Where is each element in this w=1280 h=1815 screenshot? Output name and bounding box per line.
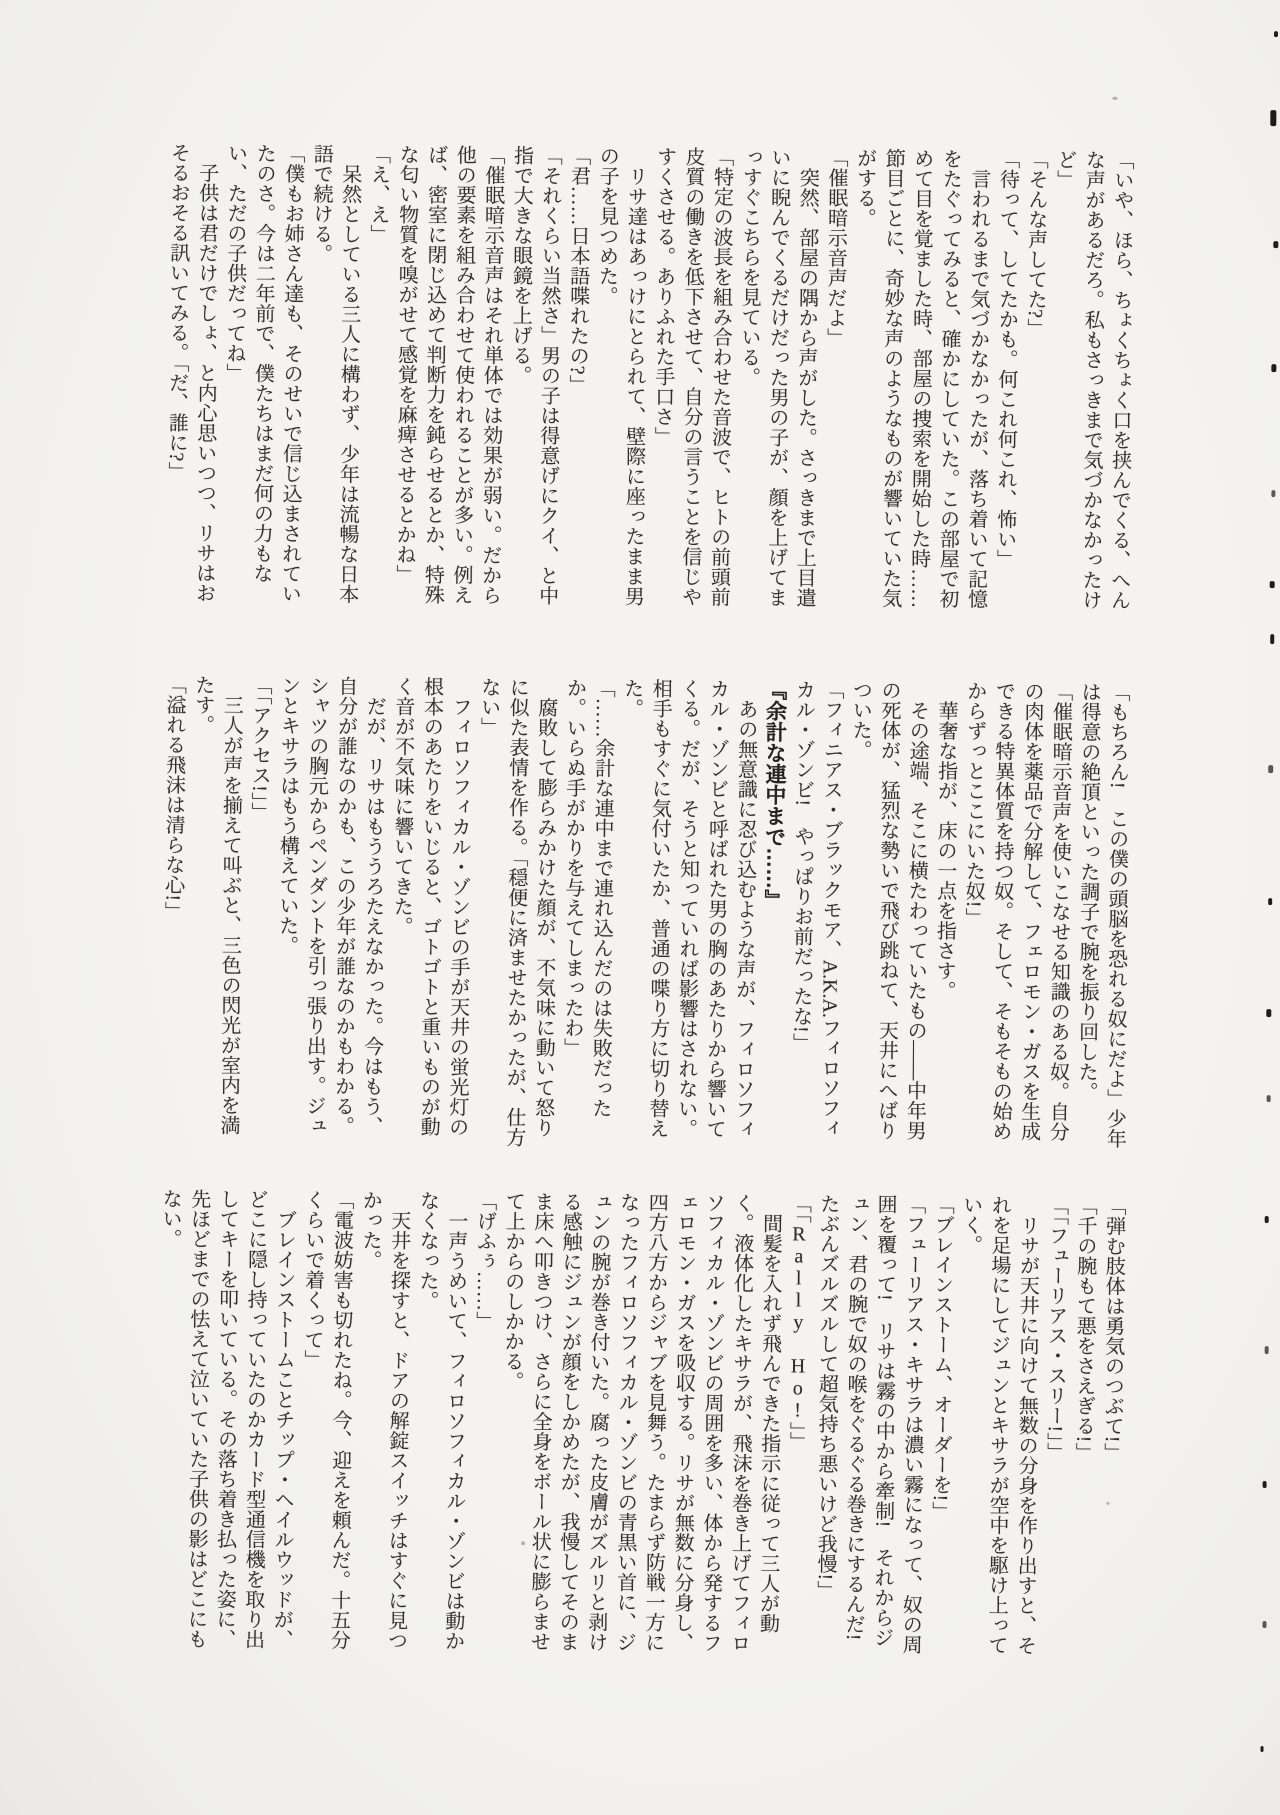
- text-band-middle: 「もちろん! この僕の頭脳を恐れる奴にだよ」少年は得意の絶頂といった調子で腕を振…: [124, 674, 1132, 1152]
- paragraph: その途端、そこに横たわっていたもの――中年男の死体が、猛烈な勢いで飛び跳ねて、天…: [842, 680, 931, 1151]
- scan-artifact: [1267, 1095, 1271, 1102]
- paragraph: 「特定の波長を組み合わせた音波で、ヒトの前頭前皮質の働きを低下させて、自分の言う…: [646, 146, 736, 621]
- paragraph: リサが天井に向けて無数の分身を作り出すと、それを足場にしてジュンとキサラが空中を…: [953, 1195, 1042, 1664]
- scan-artifact: [1268, 898, 1272, 905]
- paragraph: 「げふぅ……」: [467, 1191, 499, 1659]
- paragraph: 言われるまで気づかなかったが、落ち着いて記憶をたぐってみると、確かにしていた。こ…: [846, 148, 993, 623]
- paragraph: 「君……日本語喋れたの?」: [560, 146, 592, 620]
- section-heading: 『余計な連中まで……』: [757, 679, 789, 1149]
- scan-artifact: [521, 1541, 525, 1545]
- paragraph: 子供は君だけでしょ、と内心思いつつ、リサはおそるおそる訊いてみる。「だ、誰に?」: [160, 142, 221, 616]
- scan-artifact: [1106, 1502, 1109, 1505]
- paragraph: だが、リサはもううろたえなかった。今はもう、自分が誰なのかも、この少年が誰なのか…: [270, 675, 388, 1146]
- paragraph: 突然、部屋の隅から声がした。さっきまで上目遣いに睨んでくるだけだった男の子が、顔…: [732, 147, 822, 622]
- paragraph: 「催眠暗示音声を使いこなせる知識のある奴。自分の肉体を薬品で分解して、フェロモン…: [957, 681, 1075, 1152]
- scan-artifact: [1270, 634, 1274, 644]
- paragraph: ブレインストームことチップ・ヘイルウッドが、どこに隠し持っていたのかカード型通信…: [152, 1188, 299, 1657]
- paragraph: 「え、え」: [360, 144, 392, 618]
- scan-artifact: [1112, 97, 1117, 100]
- paragraph: リサ達はあっけにとられて、壁際に座ったまま男の子を見つめた。: [589, 146, 650, 620]
- paragraph: 「フューリアス・キサラは濃い霧になって、奴の周囲を覆って! リサは霧の中から牽制…: [810, 1193, 928, 1662]
- scanned-page: 「いや、ほら、ちょくちょく口を挟んでくる、へんな声があるだろ。私もさっきまで気づ…: [0, 0, 1280, 1815]
- paragraph: 「「アクセス!」」: [242, 675, 274, 1145]
- scan-artifact: [1261, 1746, 1264, 1752]
- paragraph: 「「フューリアス・スリー!」」: [1038, 1195, 1070, 1663]
- paragraph: 「いや、ほら、ちょくちょく口を挟んでくる、へんな声があるだろ。私もさっきまで気づ…: [1047, 149, 1137, 624]
- paragraph: 「電波妨害も切れたね。今、迎えを頼んだ。十五分くらいで着くって」: [295, 1189, 356, 1657]
- scan-artifact: [1273, 241, 1278, 248]
- paragraph: 「待って、してたかも。何これ何これ、怖い」: [989, 149, 1021, 623]
- scan-artifact: [1263, 1481, 1267, 1488]
- scan-artifact: [1270, 110, 1276, 126]
- paragraph: 呆然としている三人に構わず、少年は流暢な日本語で続ける。: [303, 143, 364, 617]
- paragraph: 間髪を入れず飛んできた指示に従って三人が動く。液体化したキサラが、飛沫を巻き上げ…: [495, 1191, 785, 1661]
- paragraph: 「催眠暗示音声だよ」: [818, 148, 850, 622]
- paragraph: 「……余計な連中まで連れ込んだのは失敗だったか。いらぬ手がかりを与えてしまったわ…: [556, 677, 617, 1147]
- scan-artifact: [1274, 31, 1278, 37]
- scan-artifact: [1271, 364, 1276, 372]
- paragraph: 「僕もお姉さん達も、そのせいで信じ込まされていたのさ。今は二年前で、僕たちはまだ…: [217, 143, 307, 618]
- paragraph: 「「Rally Ho!」」: [781, 1193, 813, 1661]
- paragraph: 華奢な指が、床の一点を指さす。: [928, 680, 960, 1150]
- paragraph: 「溢れる飛沫は清らな心!」: [156, 674, 188, 1144]
- paragraph: 「そんな声してた?」: [1018, 149, 1050, 623]
- scan-artifact: [1266, 1009, 1271, 1017]
- text-band-bottom: 「弾む肢体は勇気のつぶて!」「千の腕もて悪をさえぎる!」「「フューリアス・スリー…: [120, 1188, 1128, 1664]
- paragraph: 「催眠暗示音声はそれ単体では効果が弱い。だから他の要素を組み合わせて使われること…: [389, 144, 507, 619]
- paragraph: フィロソフィカル・ゾンビの手が天井の蛍光灯の根本のあたりをいじると、ゴトゴトと重…: [385, 676, 474, 1147]
- paragraph: 天井を探すと、ドアの解錠スイッチはすぐに見つかった。: [352, 1190, 413, 1658]
- paragraph: 腐敗して膨らみかけた顔が、不気味に動いて怒りに似た表情を作る。「穏便に済ませたか…: [471, 677, 560, 1148]
- paragraph: 「それくらい当然さ」男の子は得意げにクイ、と中指で大きな眼鏡を上げる。: [503, 145, 564, 619]
- paragraph: 「フィニアス・ブラックモア、A.K.A.フィロソフィカル・ゾンビ! やっぱりお前…: [785, 679, 846, 1149]
- paragraph: 「ブレインストーム、オーダーを!」: [924, 1194, 956, 1662]
- paragraph: あの無意識に忍び込むような声が、フィロソフィカル・ゾンビと呼ばれた男の胸のあたり…: [614, 678, 761, 1149]
- paragraph: 一声うめいて、フィロソフィカル・ゾンビは動かなくなった。: [409, 1190, 470, 1658]
- paragraph: 「もちろん! この僕の頭脳を恐れる奴にだよ」少年は得意の絶頂といった調子で腕を振…: [1071, 682, 1132, 1152]
- text-band-top: 「いや、ほら、ちょくちょく口を挟んでくる、へんな声があるだろ。私もさっきまで気づ…: [128, 142, 1136, 624]
- scan-artifact: [1270, 581, 1275, 588]
- scan-artifact: [1265, 1216, 1269, 1223]
- paragraph: 「千の腕もて悪をさえぎる!」: [1067, 1196, 1099, 1664]
- scan-artifact: [1265, 1346, 1269, 1354]
- paragraph: 「弾む肢体は勇気のつぶて!」: [1096, 1196, 1128, 1664]
- scan-artifact: [1262, 1621, 1266, 1628]
- paragraph: 三人が声を揃えて叫ぶと、三色の閃光が室内を満たす。: [185, 675, 246, 1145]
- scan-artifact: [1271, 490, 1275, 497]
- scan-artifact: [1268, 765, 1273, 773]
- page-sheet: 「いや、ほら、ちょくちょく口を挟んでくる、へんな声があるだろ。私もさっきまで気づ…: [0, 0, 1280, 1815]
